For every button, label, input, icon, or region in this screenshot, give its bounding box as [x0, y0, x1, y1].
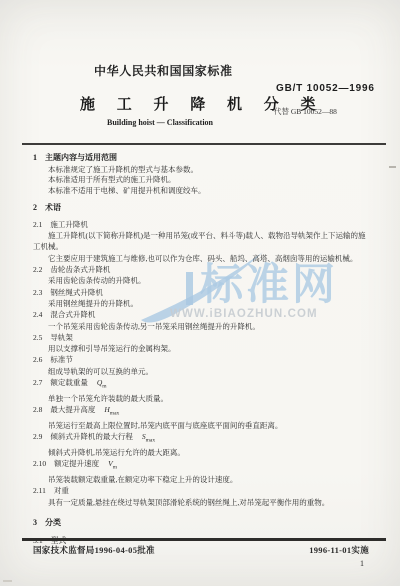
scan-artifact: [389, 166, 396, 168]
clause-number: 1: [33, 153, 37, 162]
implementation-note: 1996-11-01实施: [309, 544, 369, 556]
clause1-paragraphs: 本标准规定了施工升降机的型式与基本参数。 本标准适用于所有型式的施工升降机。 本…: [33, 165, 371, 196]
approval-note: 国家技术监督局1996-04-05批准: [33, 544, 155, 556]
term-definition: 吊笼运行至最高上限位置时,吊笼内底平面与底座底平面间的垂直距离。: [33, 420, 371, 431]
term-definition: 一个吊笼采用齿轮齿条传动,另一吊笼采用钢丝绳提升的升降机。: [33, 321, 371, 332]
clause2-heading: 2术语: [33, 202, 371, 213]
clause-title: 分类: [45, 518, 61, 527]
term-definition: 它主要应用于建筑施工与维修,也可以作为仓库、码头、船坞、高塔、高烟囱等用的运输机…: [33, 253, 371, 264]
footer-rule: [22, 538, 386, 541]
term-heading: 2.3钢丝绳式升降机: [33, 287, 371, 298]
paragraph: 本标准适用于所有型式的施工升降机。: [33, 175, 371, 185]
terms-list: 2.1施工升降机 施工升降机(以下简称升降机)是一种用吊笼(或平台、料斗等)载人…: [33, 219, 371, 508]
document-title-en: Building hoist — Classification: [55, 118, 265, 127]
term-heading: 2.6标准节: [33, 354, 371, 365]
term-definition: 组成导轨架的可以互换的单元。: [33, 366, 371, 377]
clause-title: 主题内容与适用范围: [45, 153, 117, 162]
term-definition: 采用钢丝绳提升的升降机。: [33, 298, 371, 309]
scan-artifact: [3, 580, 12, 582]
term-2-6: 2.6标准节 组成导轨架的可以互换的单元。: [33, 354, 371, 377]
clause-number: 3: [33, 518, 37, 527]
term-2-4: 2.4混合式升降机 一个吊笼采用齿轮齿条传动,另一吊笼采用钢丝绳提升的升降机。: [33, 309, 371, 332]
term-heading: 2.7额定载重量Qm: [33, 377, 371, 393]
term-2-10: 2.10额定提升速度Vm 吊笼装载额定载重量,在额定功率下稳定上升的设计速度。: [33, 458, 371, 485]
term-2-2: 2.2齿轮齿条式升降机 采用齿轮齿条传动的升降机。: [33, 264, 371, 287]
term-definition: 采用齿轮齿条传动的升降机。: [33, 275, 371, 286]
term-heading: 2.4混合式升降机: [33, 309, 371, 320]
term-definition: 倾斜式升降机,吊笼运行允许的最大距离。: [33, 447, 371, 458]
term-definition: 吊笼装载额定载重量,在额定功率下稳定上升的设计速度。: [33, 474, 371, 485]
replaces-note: 代替 GB 10052—88: [274, 106, 337, 117]
term-heading: 2.9倾斜式升降机的最大行程Smax: [33, 431, 371, 447]
page-number: 1: [360, 559, 364, 568]
paragraph: 本标准不适用于电梯、矿用提升机和调度绞车。: [33, 186, 371, 196]
document-body: 1主题内容与适用范围 本标准规定了施工升降机的型式与基本参数。 本标准适用于所有…: [33, 152, 371, 546]
term-symbol: Smax: [142, 432, 155, 441]
term-heading: 2.5导轨架: [33, 332, 371, 343]
term-heading: 2.1施工升降机: [33, 219, 371, 230]
clause3-heading: 3分类: [33, 517, 371, 528]
header-rule: [22, 143, 386, 145]
clause-title: 术语: [45, 203, 61, 212]
term-2-1: 2.1施工升降机 施工升降机(以下简称升降机)是一种用吊笼(或平台、料斗等)载人…: [33, 219, 371, 264]
term-2-3: 2.3钢丝绳式升降机 采用钢丝绳提升的升降机。: [33, 287, 371, 310]
term-2-8: 2.8最大提升高度Hmax 吊笼运行至最高上限位置时,吊笼内底平面与底座底平面间…: [33, 404, 371, 431]
term-heading: 2.11对重: [33, 485, 371, 496]
term-symbol: Qm: [97, 378, 107, 387]
term-heading: 2.2齿轮齿条式升降机: [33, 264, 371, 275]
paragraph: 本标准规定了施工升降机的型式与基本参数。: [33, 165, 371, 175]
term-symbol: Vm: [108, 459, 117, 468]
clause1-heading: 1主题内容与适用范围: [33, 152, 371, 163]
term-2-7: 2.7额定载重量Qm 单独一个吊笼允许装载的最大质量。: [33, 377, 371, 404]
document-page: 标准网 WWW.iBIAOZHUN.COM 中华人民共和国国家标准 GB/T 1…: [0, 0, 400, 586]
term-definition: 用以支撑和引导吊笼运行的金属构架。: [33, 343, 371, 354]
term-definition: 具有一定质量,悬挂在绕过导轨架顶部滑轮系统的钢丝绳上,对吊笼起平衡作用的重物。: [33, 497, 371, 508]
term-2-9: 2.9倾斜式升降机的最大行程Smax 倾斜式升降机,吊笼运行允许的最大距离。: [33, 431, 371, 458]
term-definition: 施工升降机(以下简称升降机)是一种用吊笼(或平台、料斗等)载人、载物沿导轨架作上…: [33, 230, 371, 253]
term-heading: 2.10额定提升速度Vm: [33, 458, 371, 474]
term-symbol: Hmax: [104, 405, 119, 414]
term-2-11: 2.11对重 具有一定质量,悬挂在绕过导轨架顶部滑轮系统的钢丝绳上,对吊笼起平衡…: [33, 485, 371, 508]
national-standard-label: 中华人民共和国国家标准: [94, 62, 233, 79]
term-heading: 2.8最大提升高度Hmax: [33, 404, 371, 420]
term-definition: 单独一个吊笼允许装载的最大质量。: [33, 393, 371, 404]
clause-number: 2: [33, 203, 37, 212]
term-2-5: 2.5导轨架 用以支撑和引导吊笼运行的金属构架。: [33, 332, 371, 355]
